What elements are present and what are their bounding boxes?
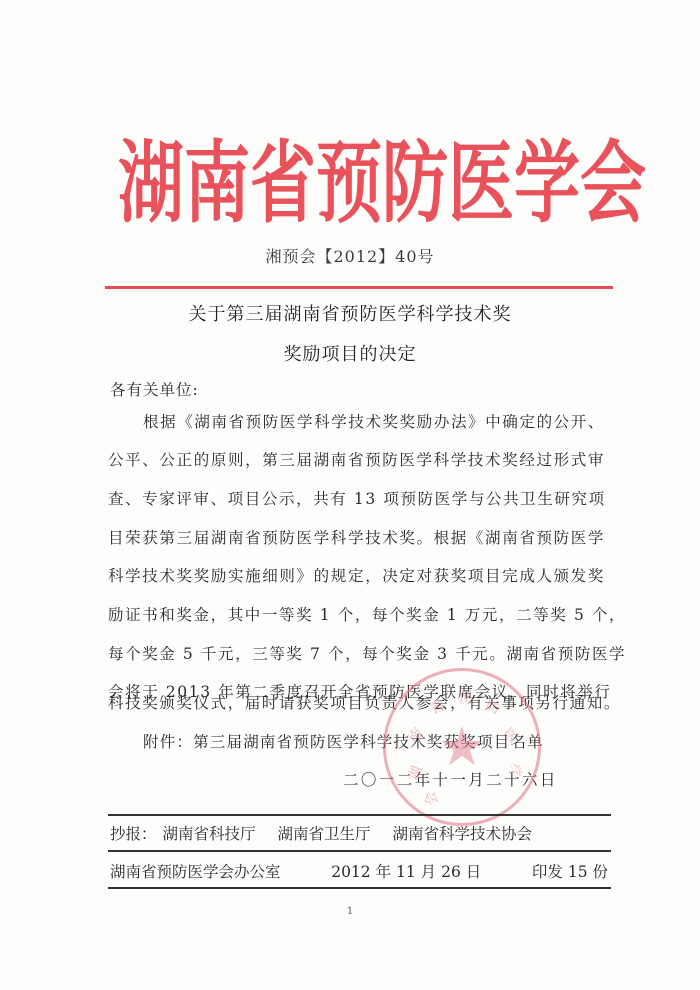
document-title-line-2: 奖励项目的决定 xyxy=(0,340,700,366)
stamp-char: 会 xyxy=(419,789,443,809)
footer-divider-top xyxy=(108,814,611,816)
masthead-char: 学 xyxy=(514,122,580,244)
body-paragraph-line: 科学技术奖奖励实施细则》的规定，决定对获奖项目完成人颁发奖 xyxy=(108,564,605,586)
attachment-note: 附件：第三届湖南省预防医学科学技术奖获奖项目名单 xyxy=(143,730,544,752)
body-paragraph-line: 励证书和奖金，其中一等奖 1 个，每个奖金 1 万元，二等奖 5 个， xyxy=(108,603,605,625)
masthead-char: 省 xyxy=(250,122,316,244)
cc-recipient: 湖南省科学技术协会 xyxy=(393,822,533,844)
copies-count: 印发 15 份 xyxy=(532,860,608,882)
footer-divider-bottom xyxy=(108,887,611,889)
body-paragraph-line: 目荣获第三届湖南省预防医学科学技术奖。根据《湖南省预防医学 xyxy=(108,526,605,548)
cc-line: 抄报： 湖南省科技厅 湖南省卫生厅 湖南省科学技术协会 xyxy=(110,822,608,844)
body-paragraph-line: 科技奖颁奖仪式，届时请获奖项目负责人参会，有关事项另行通知。 xyxy=(108,691,605,713)
masthead-char: 湖 xyxy=(118,122,184,244)
body-paragraph-line: 每个奖金 5 千元，三等奖 7 个，每个奖金 3 千元。湖南省预防医学 xyxy=(108,642,605,664)
issue-date: 2012 年 11 月 26 日 xyxy=(331,860,481,882)
page-number: 1 xyxy=(0,906,700,917)
footer-divider-middle xyxy=(108,850,611,852)
body-paragraph-line: 查、专家评审、项目公示，共有 13 项预防医学与公共卫生研究项 xyxy=(108,487,605,509)
signature-date: 二〇一二年十一月二十六日 xyxy=(343,768,558,790)
masthead-char: 预 xyxy=(316,122,382,244)
red-divider xyxy=(105,286,613,289)
masthead-organization-name: 湖 南 省 预 防 医 学 会 xyxy=(118,138,588,228)
document-number: 湘预会【2012】40号 xyxy=(0,244,700,267)
body-paragraph-line: 公平、公正的原则，第三届湖南省预防医学科学技术奖经过形式审 xyxy=(108,448,605,470)
salutation: 各有关单位: xyxy=(110,378,199,400)
issuer: 湖南省预防医学会办公室 xyxy=(110,860,281,882)
masthead-char: 医 xyxy=(448,122,514,244)
cc-label: 抄报： xyxy=(110,822,157,844)
issuer-line: 湖南省预防医学会办公室 2012 年 11 月 26 日 印发 15 份 xyxy=(110,860,608,882)
document-page: 湖 南 省 预 防 医 学 会 湘预会【2012】40号 关于第三届湖南省预防医… xyxy=(0,0,700,990)
cc-recipient: 湖南省科技厅 xyxy=(163,822,256,844)
masthead-char: 南 xyxy=(184,122,250,244)
masthead-char: 防 xyxy=(382,122,448,244)
masthead-char: 会 xyxy=(580,122,646,244)
cc-recipient: 湖南省卫生厅 xyxy=(278,822,371,844)
body-paragraph-line: 根据《湖南省预防医学科学技术奖奖励办法》中确定的公开、 xyxy=(143,410,605,432)
document-title-line-1: 关于第三届湖南省预防医学科学技术奖 xyxy=(0,300,700,326)
